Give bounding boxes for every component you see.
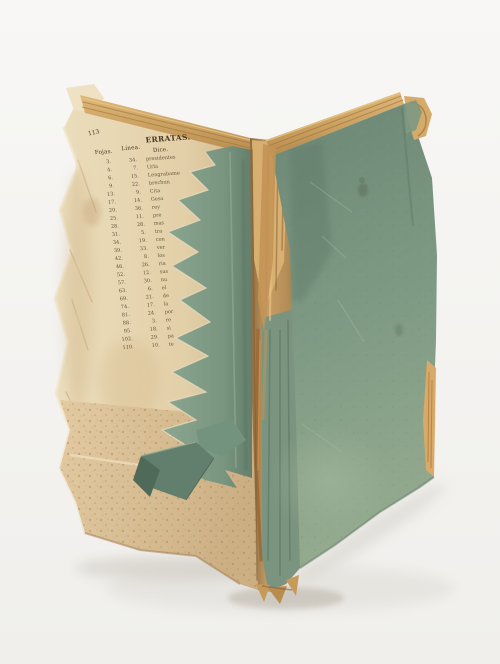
errata-header-dice: Dice.	[153, 147, 169, 154]
book-photograph: 113 ERRATAS. Fojas. Línea. Dice. 3.4.6.9…	[0, 0, 500, 664]
photo-stage: 113 ERRATAS. Fojas. Línea. Dice. 3.4.6.9…	[0, 0, 500, 664]
errata-header-linea: Línea.	[121, 144, 141, 152]
left-page: 113 ERRATAS. Fojas. Línea. Dice. 3.4.6.9…	[55, 84, 258, 590]
errata-header-fojas: Fojas.	[94, 149, 113, 156]
